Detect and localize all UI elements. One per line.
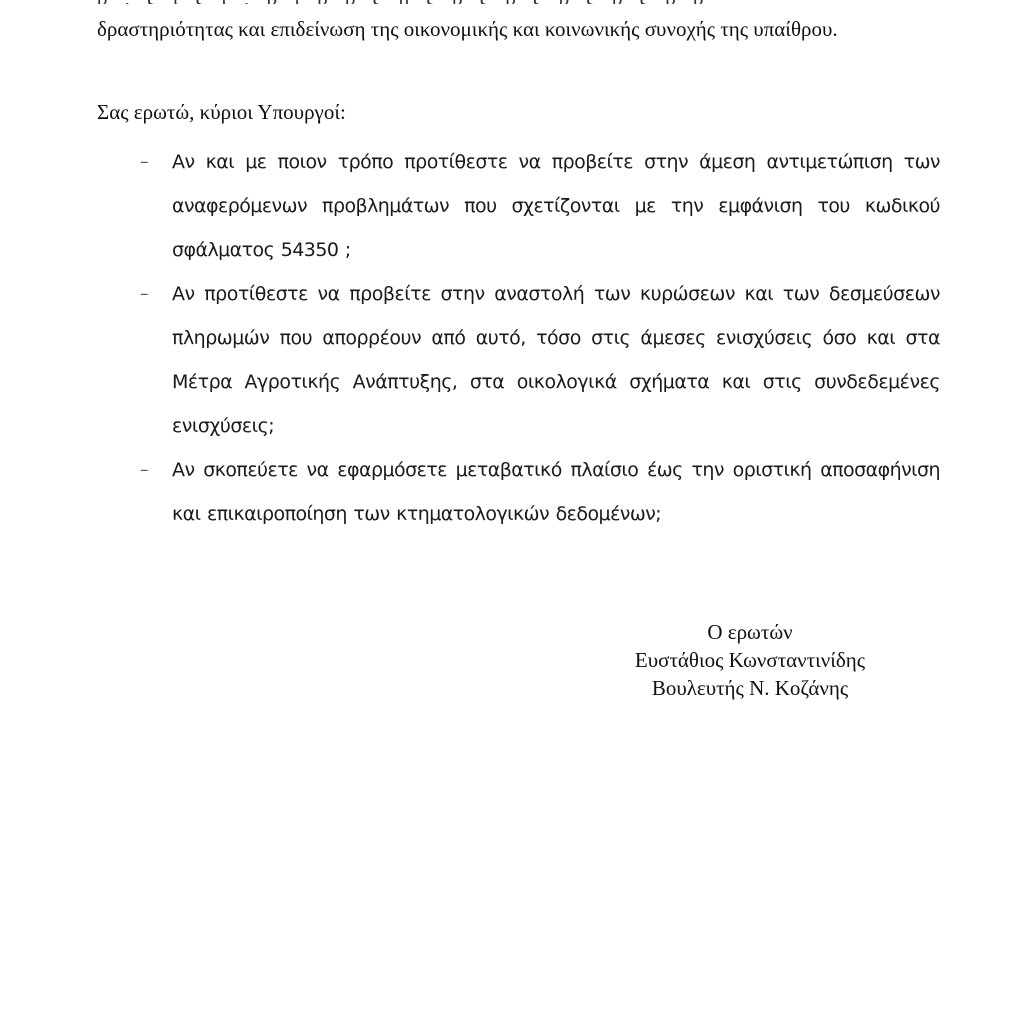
question-intro: Σας ερωτώ, κύριοι Υπουργοί: <box>97 98 942 126</box>
signature-name: Ευστάθιος Κωνσταντινίδης <box>600 646 900 674</box>
signature-role: Ο ερωτών <box>600 618 900 646</box>
dash-bullet-icon: – <box>140 448 149 492</box>
question-item: – Αν προτίθεστε να προβείτε στην αναστολ… <box>140 272 940 448</box>
question-item: – Αν και με ποιον τρόπο προτίθεστε να πρ… <box>140 140 940 272</box>
dash-bullet-icon: – <box>140 272 149 316</box>
cutoff-text-line: ρ , ς ι ς ι , ρ ι ρ ρ ς η ς ρ ς ρ ς ρ ς … <box>97 0 939 4</box>
document-page: ρ , ς ι ς ι , ρ ι ρ ρ ς η ς ρ ς ρ ς ρ ς … <box>0 0 1024 1024</box>
questions-list: – Αν και με ποιον τρόπο προτίθεστε να πρ… <box>140 140 940 536</box>
signature-title: Βουλευτής Ν. Κοζάνης <box>600 674 900 702</box>
signature-block: Ο ερωτών Ευστάθιος Κωνσταντινίδης Βουλευ… <box>600 618 900 702</box>
paragraph-continued: δραστηριότητας και επιδείνωση της οικονο… <box>97 15 942 43</box>
question-text: Αν προτίθεστε να προβείτε στην αναστολή … <box>172 272 940 448</box>
question-item: – Αν σκοπεύετε να εφαρμόσετε μεταβατικό … <box>140 448 940 536</box>
question-text: Αν σκοπεύετε να εφαρμόσετε μεταβατικό πλ… <box>172 448 940 536</box>
question-text: Αν και με ποιον τρόπο προτίθεστε να προβ… <box>172 140 940 272</box>
dash-bullet-icon: – <box>140 140 149 184</box>
